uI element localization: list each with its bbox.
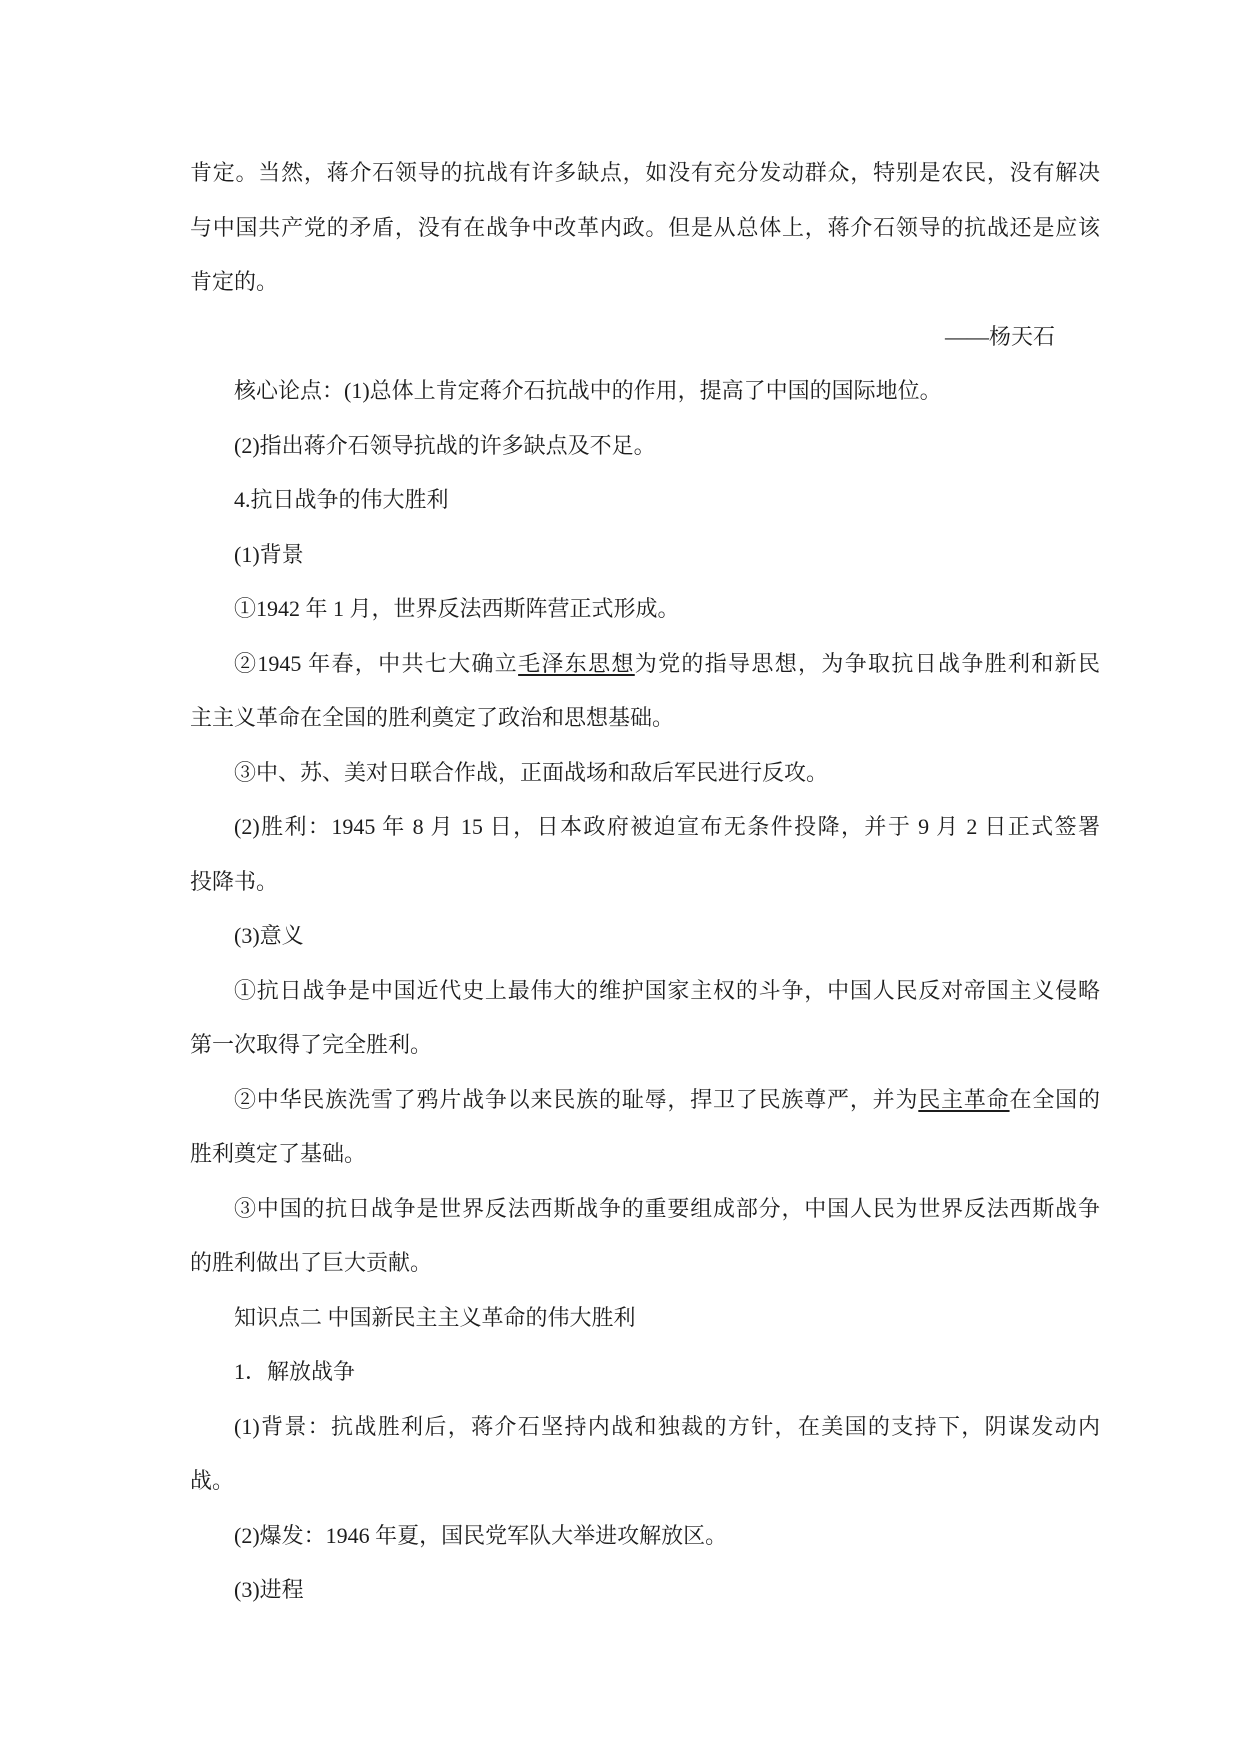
text-line: 肯定的。 [190,255,1100,310]
text-line: ②1945 年春，中共七大确立毛泽东思想为党的指导思想，为争取抗日战争胜利和新民 [190,637,1100,692]
text-line: 主主义革命在全国的胜利奠定了政治和思想基础。 [190,691,1100,746]
text-segment: (1)背景 [234,542,304,567]
document-body: 肯定。当然，蒋介石领导的抗战有许多缺点，如没有充分发动群众，特别是农民，没有解决… [190,146,1100,1618]
text-segment: (2)指出蒋介石领导抗战的许多缺点及不足。 [234,433,656,458]
text-segment: ①1942 年 1 月，世界反法西斯阵营正式形成。 [234,596,680,621]
text-line: ①1942 年 1 月，世界反法西斯阵营正式形成。 [190,582,1100,637]
text-line: (3)意义 [190,909,1100,964]
text-segment: ③中国的抗日战争是世界反法西斯战争的重要组成部分，中国人民为世界反法西斯战争 [234,1196,1100,1221]
text-segment: 知识点二 中国新民主主义革命的伟大胜利 [234,1305,636,1330]
text-segment: 的胜利做出了巨大贡献。 [190,1250,432,1275]
text-segment: ②1945 年春，中共七大确立 [234,651,518,676]
text-line: (1)背景 [190,528,1100,583]
text-segment: 核心论点：(1)总体上肯定蒋介石抗战中的作用，提高了中国的国际地位。 [234,378,942,403]
text-line: 知识点二 中国新民主主义革命的伟大胜利 [190,1291,1100,1346]
text-line: 肯定。当然，蒋介石领导的抗战有许多缺点，如没有充分发动群众，特别是农民，没有解决 [190,146,1100,201]
text-segment: (2)胜利：1945 年 8 月 15 日，日本政府被迫宣布无条件投降，并于 9… [234,814,1100,839]
document-page: 肯定。当然，蒋介石领导的抗战有许多缺点，如没有充分发动群众，特别是农民，没有解决… [0,0,1241,1754]
text-segment: ③中、苏、美对日联合作战，正面战场和敌后军民进行反攻。 [234,760,828,785]
text-line: 核心论点：(1)总体上肯定蒋介石抗战中的作用，提高了中国的国际地位。 [190,364,1100,419]
text-segment: ——杨天石 [945,324,1055,349]
text-line: 的胜利做出了巨大贡献。 [190,1236,1100,1291]
text-segment: (1)背景：抗战胜利后，蒋介石坚持内战和独裁的方针，在美国的支持下，阴谋发动内 [234,1414,1100,1439]
text-line: 1．解放战争 [190,1345,1100,1400]
text-line: (3)进程 [190,1563,1100,1618]
text-segment: 第一次取得了完全胜利。 [190,1032,432,1057]
underlined-term: 毛泽东思想 [518,651,635,676]
text-line: 与中国共产党的矛盾，没有在战争中改革内政。但是从总体上，蒋介石领导的抗战还是应该 [190,201,1100,256]
text-segment: (2)爆发：1946 年夏，国民党军队大举进攻解放区。 [234,1523,727,1548]
text-line: 胜利奠定了基础。 [190,1127,1100,1182]
text-segment: ①抗日战争是中国近代史上最伟大的维护国家主权的斗争，中国人民反对帝国主义侵略 [234,978,1100,1003]
text-line: ②中华民族洗雪了鸦片战争以来民族的耻辱，捍卫了民族尊严，并为民主革命在全国的 [190,1073,1100,1128]
text-segment: 与中国共产党的矛盾，没有在战争中改革内政。但是从总体上，蒋介石领导的抗战还是应该 [190,215,1100,240]
text-line: (2)指出蒋介石领导抗战的许多缺点及不足。 [190,419,1100,474]
text-segment: ②中华民族洗雪了鸦片战争以来民族的耻辱，捍卫了民族尊严，并为 [234,1087,918,1112]
underlined-term: 民主革命 [918,1087,1009,1112]
text-segment: 为党的指导思想，为争取抗日战争胜利和新民 [635,651,1100,676]
text-line: (1)背景：抗战胜利后，蒋介石坚持内战和独裁的方针，在美国的支持下，阴谋发动内 [190,1400,1100,1455]
text-segment: 4.抗日战争的伟大胜利 [234,487,449,512]
text-line: (2)胜利：1945 年 8 月 15 日，日本政府被迫宣布无条件投降，并于 9… [190,800,1100,855]
text-line: 战。 [190,1454,1100,1509]
text-line: ③中、苏、美对日联合作战，正面战场和敌后军民进行反攻。 [190,746,1100,801]
text-segment: 1．解放战争 [234,1359,355,1384]
text-segment: 主主义革命在全国的胜利奠定了政治和思想基础。 [190,705,674,730]
text-line: ——杨天石 [190,310,1100,365]
text-line: 投降书。 [190,855,1100,910]
text-segment: 肯定的。 [190,269,278,294]
text-segment: (3)进程 [234,1577,304,1602]
text-line: 第一次取得了完全胜利。 [190,1018,1100,1073]
text-line: ①抗日战争是中国近代史上最伟大的维护国家主权的斗争，中国人民反对帝国主义侵略 [190,964,1100,1019]
text-line: (2)爆发：1946 年夏，国民党军队大举进攻解放区。 [190,1509,1100,1564]
text-line: 4.抗日战争的伟大胜利 [190,473,1100,528]
text-segment: 战。 [190,1468,234,1493]
text-segment: 肯定。当然，蒋介石领导的抗战有许多缺点，如没有充分发动群众，特别是农民，没有解决 [190,160,1100,185]
text-segment: 在全国的 [1010,1087,1100,1112]
text-segment: 投降书。 [190,869,278,894]
text-line: ③中国的抗日战争是世界反法西斯战争的重要组成部分，中国人民为世界反法西斯战争 [190,1182,1100,1237]
text-segment: (3)意义 [234,923,304,948]
text-segment: 胜利奠定了基础。 [190,1141,366,1166]
